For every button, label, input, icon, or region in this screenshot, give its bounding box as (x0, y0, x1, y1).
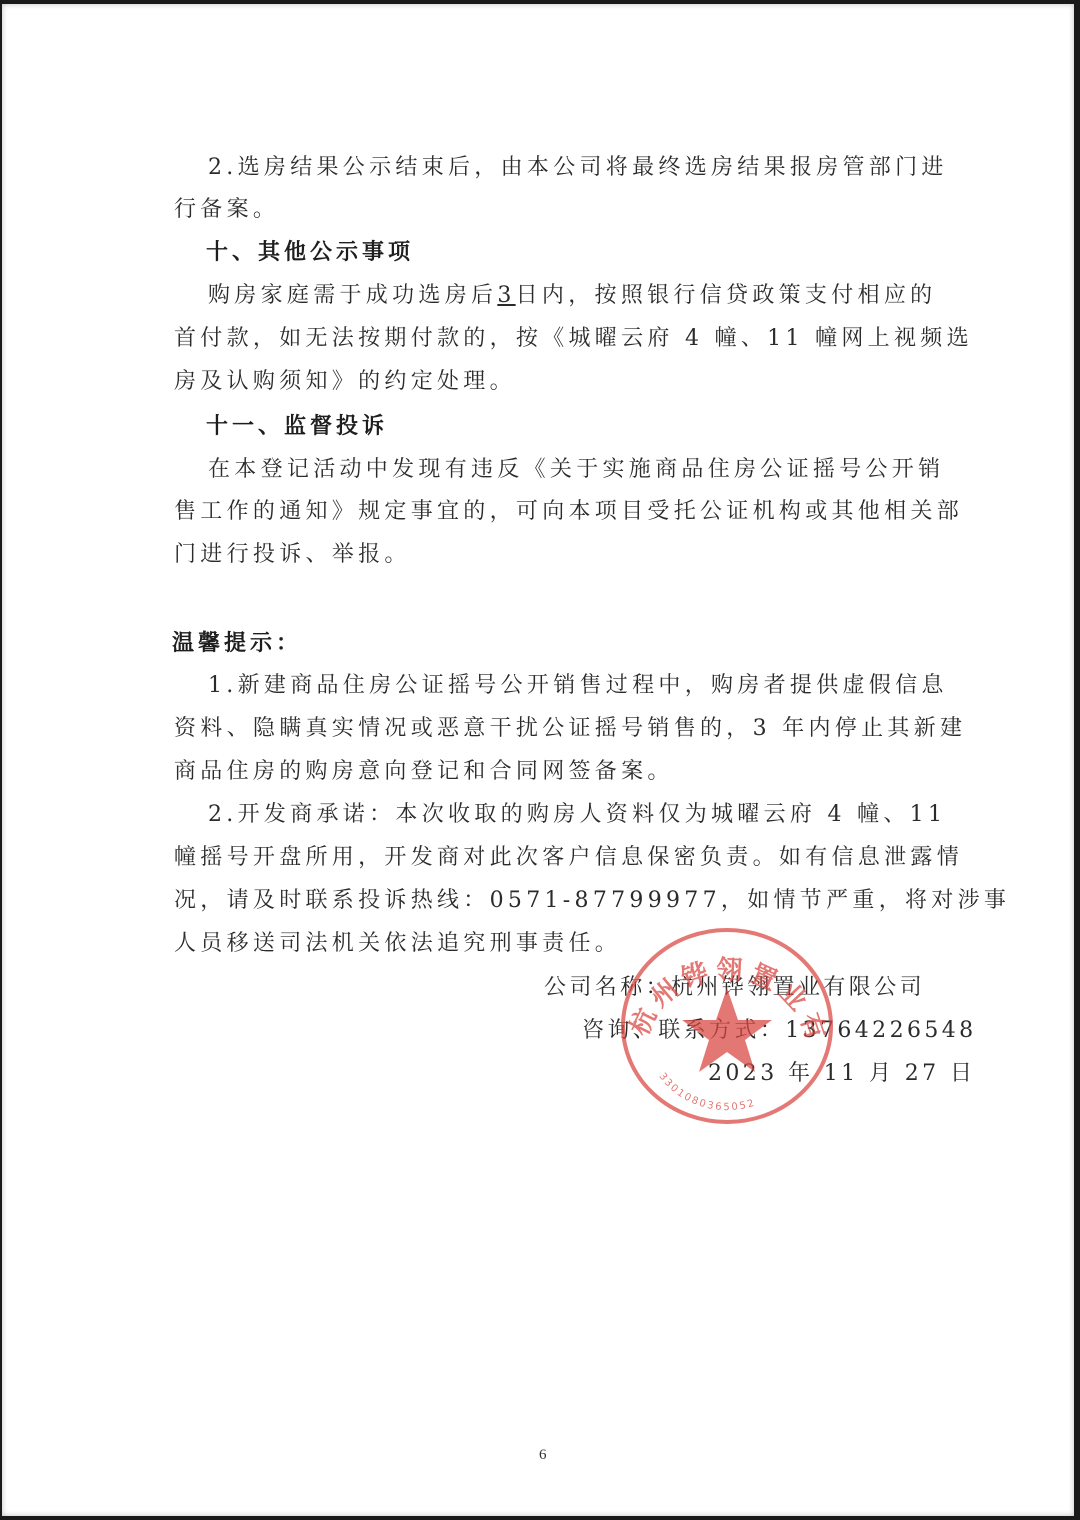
page-number: 6 (539, 1447, 547, 1464)
signature-company: 公司名称：杭州铧翎置业有限公司 (544, 974, 925, 1002)
tips-item-1-line-2: 资料、隐瞒真实情况或恶意干扰公证摇号销售的，3 年内停止其新建 (174, 715, 966, 743)
signature-date: 2023 年 11 月 27 日 (708, 1060, 975, 1088)
section-11-line-1: 在本登记活动中发现有违反《关于实施商品住房公证摇号公开销 (208, 456, 944, 484)
text: 日内，按照银行信贷政策支付相应的 (516, 283, 937, 308)
tips-heading: 温馨提示： (172, 629, 302, 657)
section-11-line-3: 门进行投诉、举报。 (174, 541, 411, 569)
signature-contact: 咨询、联系方式：13764226548 (582, 1017, 977, 1045)
tips-item-2-line-2: 幢摇号开盘所用，开发商对此次客户信息保密负责。如有信息泄露情 (174, 844, 963, 872)
section-11-heading: 十一、监督投诉 (206, 412, 388, 440)
tips-item-2-line-1: 2.开发商承诺：本次收取的购房人资料仅为城曜云府 4 幢、11 (208, 801, 946, 829)
section-9-item-2-line-1: 2.选房结果公示结束后，由本公司将最终选房结果报房管部门进 (208, 154, 948, 182)
payment-days: 3 (497, 283, 515, 308)
section-11-line-2: 售工作的通知》规定事宜的，可向本项目受托公证机构或其他相关部 (174, 498, 963, 526)
tips-item-2-line-3: 况，请及时联系投诉热线：0571-87799977，如情节严重，将对涉事 (174, 887, 1010, 915)
section-10-line-1: 购房家庭需于成功选房后3日内，按照银行信贷政策支付相应的 (208, 282, 936, 310)
tips-item-1-line-1: 1.新建商品住房公证摇号公开销售过程中，购房者提供虚假信息 (208, 672, 948, 700)
section-9-item-2-line-2: 行备案。 (174, 196, 279, 224)
section-10-line-2: 首付款，如无法按期付款的，按《城曜云府 4 幢、11 幢网上视频选 (174, 325, 973, 353)
section-10-line-3: 房及认购须知》的约定处理。 (174, 368, 516, 396)
text: 购房家庭需于成功选房后 (208, 283, 497, 308)
document-page: 2.选房结果公示结束后，由本公司将最终选房结果报房管部门进 行备案。 十、其他公… (2, 4, 1074, 1516)
tips-item-1-line-3: 商品住房的购房意向登记和合同网签备案。 (174, 758, 674, 786)
tips-item-2-line-4: 人员移送司法机关依法追究刑事责任。 (174, 930, 621, 958)
section-10-heading: 十、其他公示事项 (206, 238, 414, 266)
